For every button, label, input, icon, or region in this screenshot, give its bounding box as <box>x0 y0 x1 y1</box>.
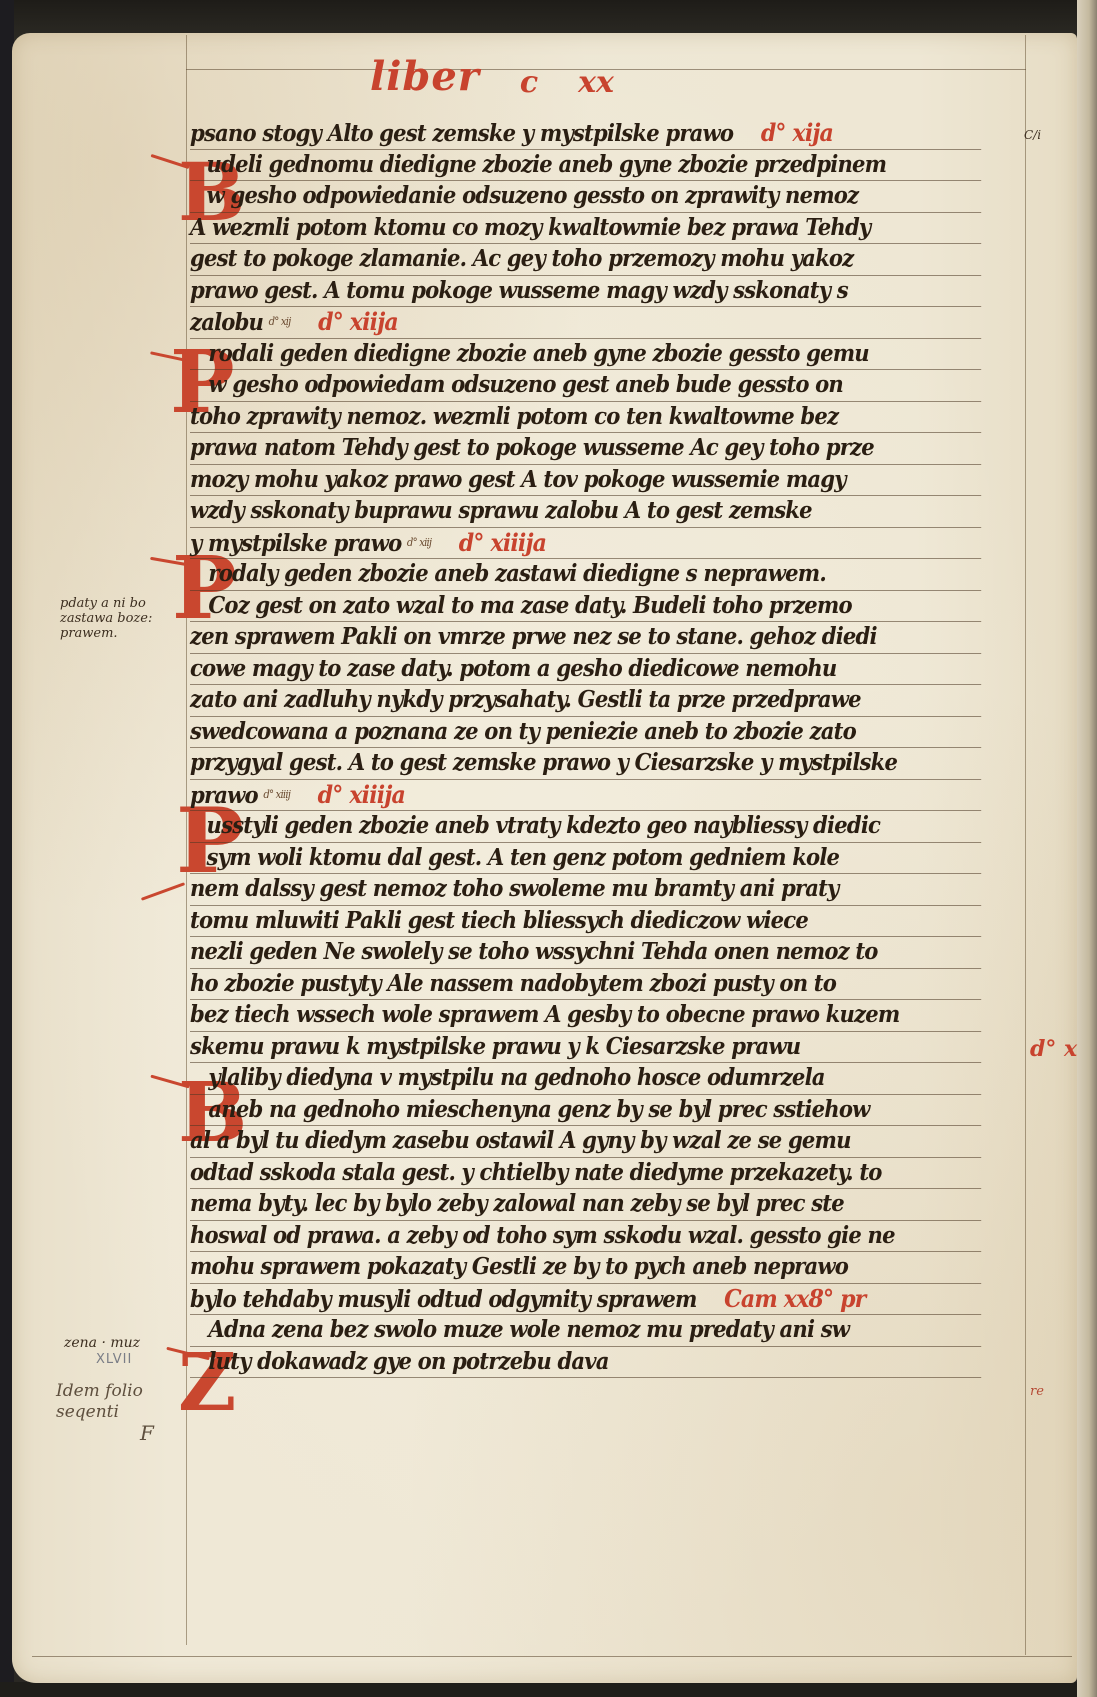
line-text: mohu sprawem pokazaty Gestli ze by to py… <box>190 1253 848 1280</box>
line-text: w gesho odpowiedam odsuzeno gest aneb bu… <box>208 371 843 398</box>
folio-mark-1: c <box>520 65 538 100</box>
text-line: rodali geden diedigne zbozie aneb gyne z… <box>190 339 981 371</box>
line-text: swedcowana a poznana ze on ty peniezie a… <box>190 718 856 745</box>
text-line: tomu mluwiti Pakli gest tiech bliessych … <box>190 906 981 938</box>
text-line: mozy mohu yakoz prawo gest A tov pokoge … <box>190 465 981 497</box>
line-text: zalobu <box>190 309 263 336</box>
rubric-chapter-mark: d° xiija <box>318 307 398 336</box>
line-text: Coz gest on zato wzal to ma zase daty. B… <box>208 592 851 619</box>
line-text: zato ani zadluhy nykdy przysahaty. Gestl… <box>190 686 861 713</box>
running-title: liber <box>370 53 480 100</box>
line-text: prawo <box>190 782 258 809</box>
text-line: al a byl tu diedym zasebu ostawil A gyny… <box>190 1126 981 1158</box>
left-margin-number: XLVII <box>96 1352 132 1367</box>
line-text: aneb na gednoho mieschenyna genz by se b… <box>208 1096 869 1123</box>
text-line: w gesho odpowiedanie odsuzeno gessto on … <box>190 181 981 213</box>
line-text: skemu prawu k mystpilske prawu y k Ciesa… <box>190 1033 800 1060</box>
text-line: zen sprawem Pakli on vmrze prwe nez se t… <box>190 622 981 654</box>
small-marginal-note: d° xiij <box>407 536 431 549</box>
text-line: prawod° xiiijd° xiiija <box>190 780 981 812</box>
text-line: przygyal gest. A to gest zemske prawo y … <box>190 748 981 780</box>
note-line: pdaty a ni bo <box>60 596 152 611</box>
line-text: odtad sskoda stala gest. y chtielby nate… <box>190 1159 882 1186</box>
line-text: nem dalssy gest nemoz toho swoleme mu br… <box>190 875 839 902</box>
text-line: usstyli geden zbozie aneb vtraty kdezto … <box>190 811 981 843</box>
line-text: sym woli ktomu dal gest. A ten genz poto… <box>207 844 840 871</box>
text-line: sym woli ktomu dal gest. A ten genz poto… <box>190 843 981 875</box>
note-line: Idem folio <box>56 1384 143 1399</box>
line-text: w gesho odpowiedanie odsuzeno gessto on … <box>207 182 859 209</box>
line-text: mozy mohu yakoz prawo gest A tov pokoge … <box>190 466 846 493</box>
note-line: prawem. <box>60 626 152 641</box>
left-margin-note-wife: zena · muz <box>64 1336 140 1351</box>
line-text: al a byl tu diedym zasebu ostawil A gyny… <box>190 1127 851 1154</box>
rubric-chapter-mark: d° xiiija <box>318 780 405 809</box>
line-text: nezli geden Ne swolely se toho wssychni … <box>190 938 878 965</box>
text-line: skemu prawu k mystpilske prawu y k Ciesa… <box>190 1032 981 1064</box>
text-line: psano stogy Alto gest zemske y mystpilsk… <box>190 118 981 150</box>
line-text: zen sprawem Pakli on vmrze prwe nez se t… <box>190 623 877 650</box>
text-line: gest to pokoge zlamanie. Ac gey toho prz… <box>190 244 981 276</box>
line-text: wzdy sskonaty buprawu sprawu zalobu A to… <box>190 497 812 524</box>
line-text: bylo tehdaby musyli odtud odgymity spraw… <box>190 1286 697 1313</box>
text-line: prawo gest. A tomu pokoge wusseme magy w… <box>190 276 981 308</box>
next-page-edge <box>1077 0 1097 1697</box>
text-line: y mystpilske prawod° xiijd° xiiija <box>190 528 981 560</box>
text-line: nema byty. lec by bylo zeby zalowal nan … <box>190 1189 981 1221</box>
note-line: seqenti <box>56 1405 143 1420</box>
text-line: Adna zena bez swolo muze wole nemoz mu p… <box>190 1315 981 1347</box>
text-line: Coz gest on zato wzal to ma zase daty. B… <box>190 591 981 623</box>
line-text: cowe magy to zase daty. potom a gesho di… <box>190 655 836 682</box>
line-text: prawo gest. A tomu pokoge wusseme magy w… <box>190 277 848 304</box>
ruling-bottom <box>32 1656 1072 1657</box>
line-text: hoswal od prawa. a zeby od toho sym ssko… <box>190 1222 895 1249</box>
text-line: prawa natom Tehdy gest to pokoge wusseme… <box>190 433 981 465</box>
note-line: zastawa boze: <box>60 611 152 626</box>
background-bottom <box>0 1682 1097 1697</box>
rubric-chapter-mark: Cam xx8° pr <box>724 1284 865 1313</box>
text-line: odtad sskoda stala gest. y chtielby nate… <box>190 1158 981 1190</box>
line-text: y mystpilske prawo <box>190 530 401 557</box>
text-line: bez tiech wssech wole sprawem A gesby to… <box>190 1000 981 1032</box>
right-margin-note-bottom: re <box>1030 1384 1044 1399</box>
line-text: bez tiech wssech wole sprawem A gesby to… <box>190 1001 899 1028</box>
line-text: nema byty. lec by bylo zeby zalowal nan … <box>190 1190 844 1217</box>
text-line: A wezmli potom ktomu co mozy kwaltowmie … <box>190 213 981 245</box>
left-margin-note-pledge: pdaty a ni bo zastawa boze: prawem. <box>60 596 152 641</box>
right-margin-rubric: d° x <box>1030 1036 1077 1062</box>
text-line: hoswal od prawa. a zeby od toho sym ssko… <box>190 1221 981 1253</box>
line-text: ylaliby diedyna v mystpilu na gednoho ho… <box>208 1064 824 1091</box>
text-line: nem dalssy gest nemoz toho swoleme mu br… <box>190 874 981 906</box>
line-text: przygyal gest. A to gest zemske prawo y … <box>190 749 897 776</box>
line-text: gest to pokoge zlamanie. Ac gey toho prz… <box>190 245 853 272</box>
small-marginal-note: d° xij <box>269 315 291 328</box>
small-marginal-note: d° xiiij <box>263 788 290 801</box>
left-margin-note-idem: Idem folio seqenti <box>56 1384 143 1420</box>
text-line: rodaly geden zbozie aneb zastawi diedign… <box>190 559 981 591</box>
line-text: A wezmli potom ktomu co mozy kwaltowmie … <box>190 214 870 241</box>
text-line: ylaliby diedyna v mystpilu na gednoho ho… <box>190 1063 981 1095</box>
text-line: zato ani zadluhy nykdy przysahaty. Gestl… <box>190 685 981 717</box>
rubric-chapter-mark: d° xija <box>761 118 833 147</box>
folio-mark-2: xx <box>578 65 614 100</box>
line-text: psano stogy Alto gest zemske y mystpilsk… <box>190 120 733 147</box>
main-text-column: psano stogy Alto gest zemske y mystpilsk… <box>190 118 1050 1378</box>
text-line: swedcowana a poznana ze on ty peniezie a… <box>190 717 981 749</box>
text-line: ho zbozie pustyty Ale nassem nadobytem z… <box>190 969 981 1001</box>
text-line: mohu sprawem pokazaty Gestli ze by to py… <box>190 1252 981 1284</box>
running-header: liber c xx <box>370 40 670 100</box>
line-text: ho zbozie pustyty Ale nassem nadobytem z… <box>190 970 836 997</box>
text-line: w gesho odpowiedam odsuzeno gest aneb bu… <box>190 370 981 402</box>
text-line: nezli geden Ne swolely se toho wssychni … <box>190 937 981 969</box>
line-text: toho zprawity nemoz. wezmli potom co ten… <box>190 403 838 430</box>
line-text: rodaly geden zbozie aneb zastawi diedign… <box>208 560 825 587</box>
line-text: usstyli geden zbozie aneb vtraty kdezto … <box>207 812 881 839</box>
line-text: luty dokawadz gye on potrzebu dava <box>208 1348 608 1375</box>
line-text: Adna zena bez swolo muze wole nemoz mu p… <box>208 1316 849 1343</box>
text-line: luty dokawadz gye on potrzebu dava <box>190 1347 981 1379</box>
text-line: aneb na gednoho mieschenyna genz by se b… <box>190 1095 981 1127</box>
text-line: cowe magy to zase daty. potom a gesho di… <box>190 654 981 686</box>
right-margin-note-top: C/i <box>1024 128 1041 143</box>
line-text: rodali geden diedigne zbozie aneb gyne z… <box>208 340 868 367</box>
text-line: toho zprawity nemoz. wezmli potom co ten… <box>190 402 981 434</box>
rubric-chapter-mark: d° xiiija <box>459 528 546 557</box>
line-text: udeli gednomu diedigne zbozie aneb gyne … <box>207 151 887 178</box>
note-line: zena · muz <box>64 1336 140 1351</box>
text-line: wzdy sskonaty buprawu sprawu zalobu A to… <box>190 496 981 528</box>
text-line: bylo tehdaby musyli odtud odgymity spraw… <box>190 1284 981 1316</box>
line-text: prawa natom Tehdy gest to pokoge wusseme… <box>190 434 874 461</box>
text-line: zalobud° xijd° xiija <box>190 307 981 339</box>
text-line: udeli gednomu diedigne zbozie aneb gyne … <box>190 150 981 182</box>
left-margin-mark: F <box>140 1426 154 1441</box>
line-text: tomu mluwiti Pakli gest tiech bliessych … <box>190 907 808 934</box>
